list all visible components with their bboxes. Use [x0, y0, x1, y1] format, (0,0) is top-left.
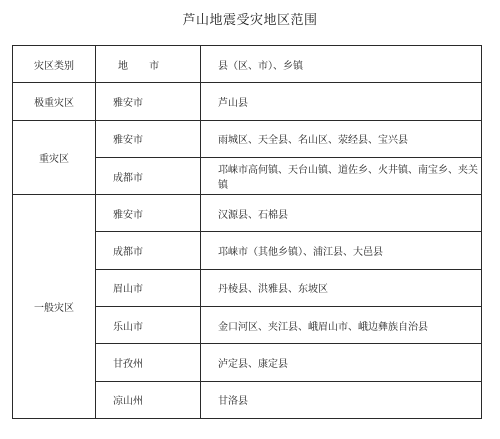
counties-cell: 甘洛县 — [201, 381, 482, 418]
city-cell: 雅安市 — [96, 195, 201, 232]
city-cell: 雅安市 — [96, 83, 201, 120]
city-cell: 成都市 — [96, 232, 201, 269]
counties-cell: 芦山县 — [201, 83, 482, 120]
city-cell: 雅安市 — [96, 120, 201, 157]
document-title: 芦山地震受灾地区范围 — [0, 9, 500, 28]
counties-cell: 丹棱县、洪雅县、东坡区 — [201, 269, 482, 306]
disaster-zone-table: 灾区类别 地 市 县（区、市）、乡镇 极重灾区 雅安市 芦山县 重灾区 雅安市 … — [12, 45, 482, 419]
city-cell: 乐山市 — [96, 307, 201, 344]
counties-cell: 汉源县、石棉县 — [201, 195, 482, 232]
city-cell: 甘孜州 — [96, 344, 201, 381]
table-row: 一般灾区 雅安市 汉源县、石棉县 — [13, 195, 482, 232]
city-cell: 凉山州 — [96, 381, 201, 418]
category-cell-severe: 重灾区 — [13, 120, 96, 195]
counties-cell: 邛崃市高何镇、天台山镇、道佐乡、火井镇、南宝乡、夹关镇 — [201, 157, 482, 194]
table-header-row: 灾区类别 地 市 县（区、市）、乡镇 — [13, 46, 482, 83]
city-cell: 眉山市 — [96, 269, 201, 306]
category-cell-extreme: 极重灾区 — [13, 83, 96, 120]
header-city: 地 市 — [96, 46, 201, 83]
counties-cell: 邛崃市（其他乡镇）、浦江县、大邑县 — [201, 232, 482, 269]
counties-cell: 雨城区、天全县、名山区、荥经县、宝兴县 — [201, 120, 482, 157]
table-row: 极重灾区 雅安市 芦山县 — [13, 83, 482, 120]
header-counties: 县（区、市）、乡镇 — [201, 46, 482, 83]
header-category: 灾区类别 — [13, 46, 96, 83]
category-cell-general: 一般灾区 — [13, 195, 96, 419]
counties-cell: 金口河区、夹江县、峨眉山市、峨边彝族自治县 — [201, 307, 482, 344]
city-cell: 成都市 — [96, 157, 201, 194]
table-row: 重灾区 雅安市 雨城区、天全县、名山区、荥经县、宝兴县 — [13, 120, 482, 157]
counties-cell: 泸定县、康定县 — [201, 344, 482, 381]
